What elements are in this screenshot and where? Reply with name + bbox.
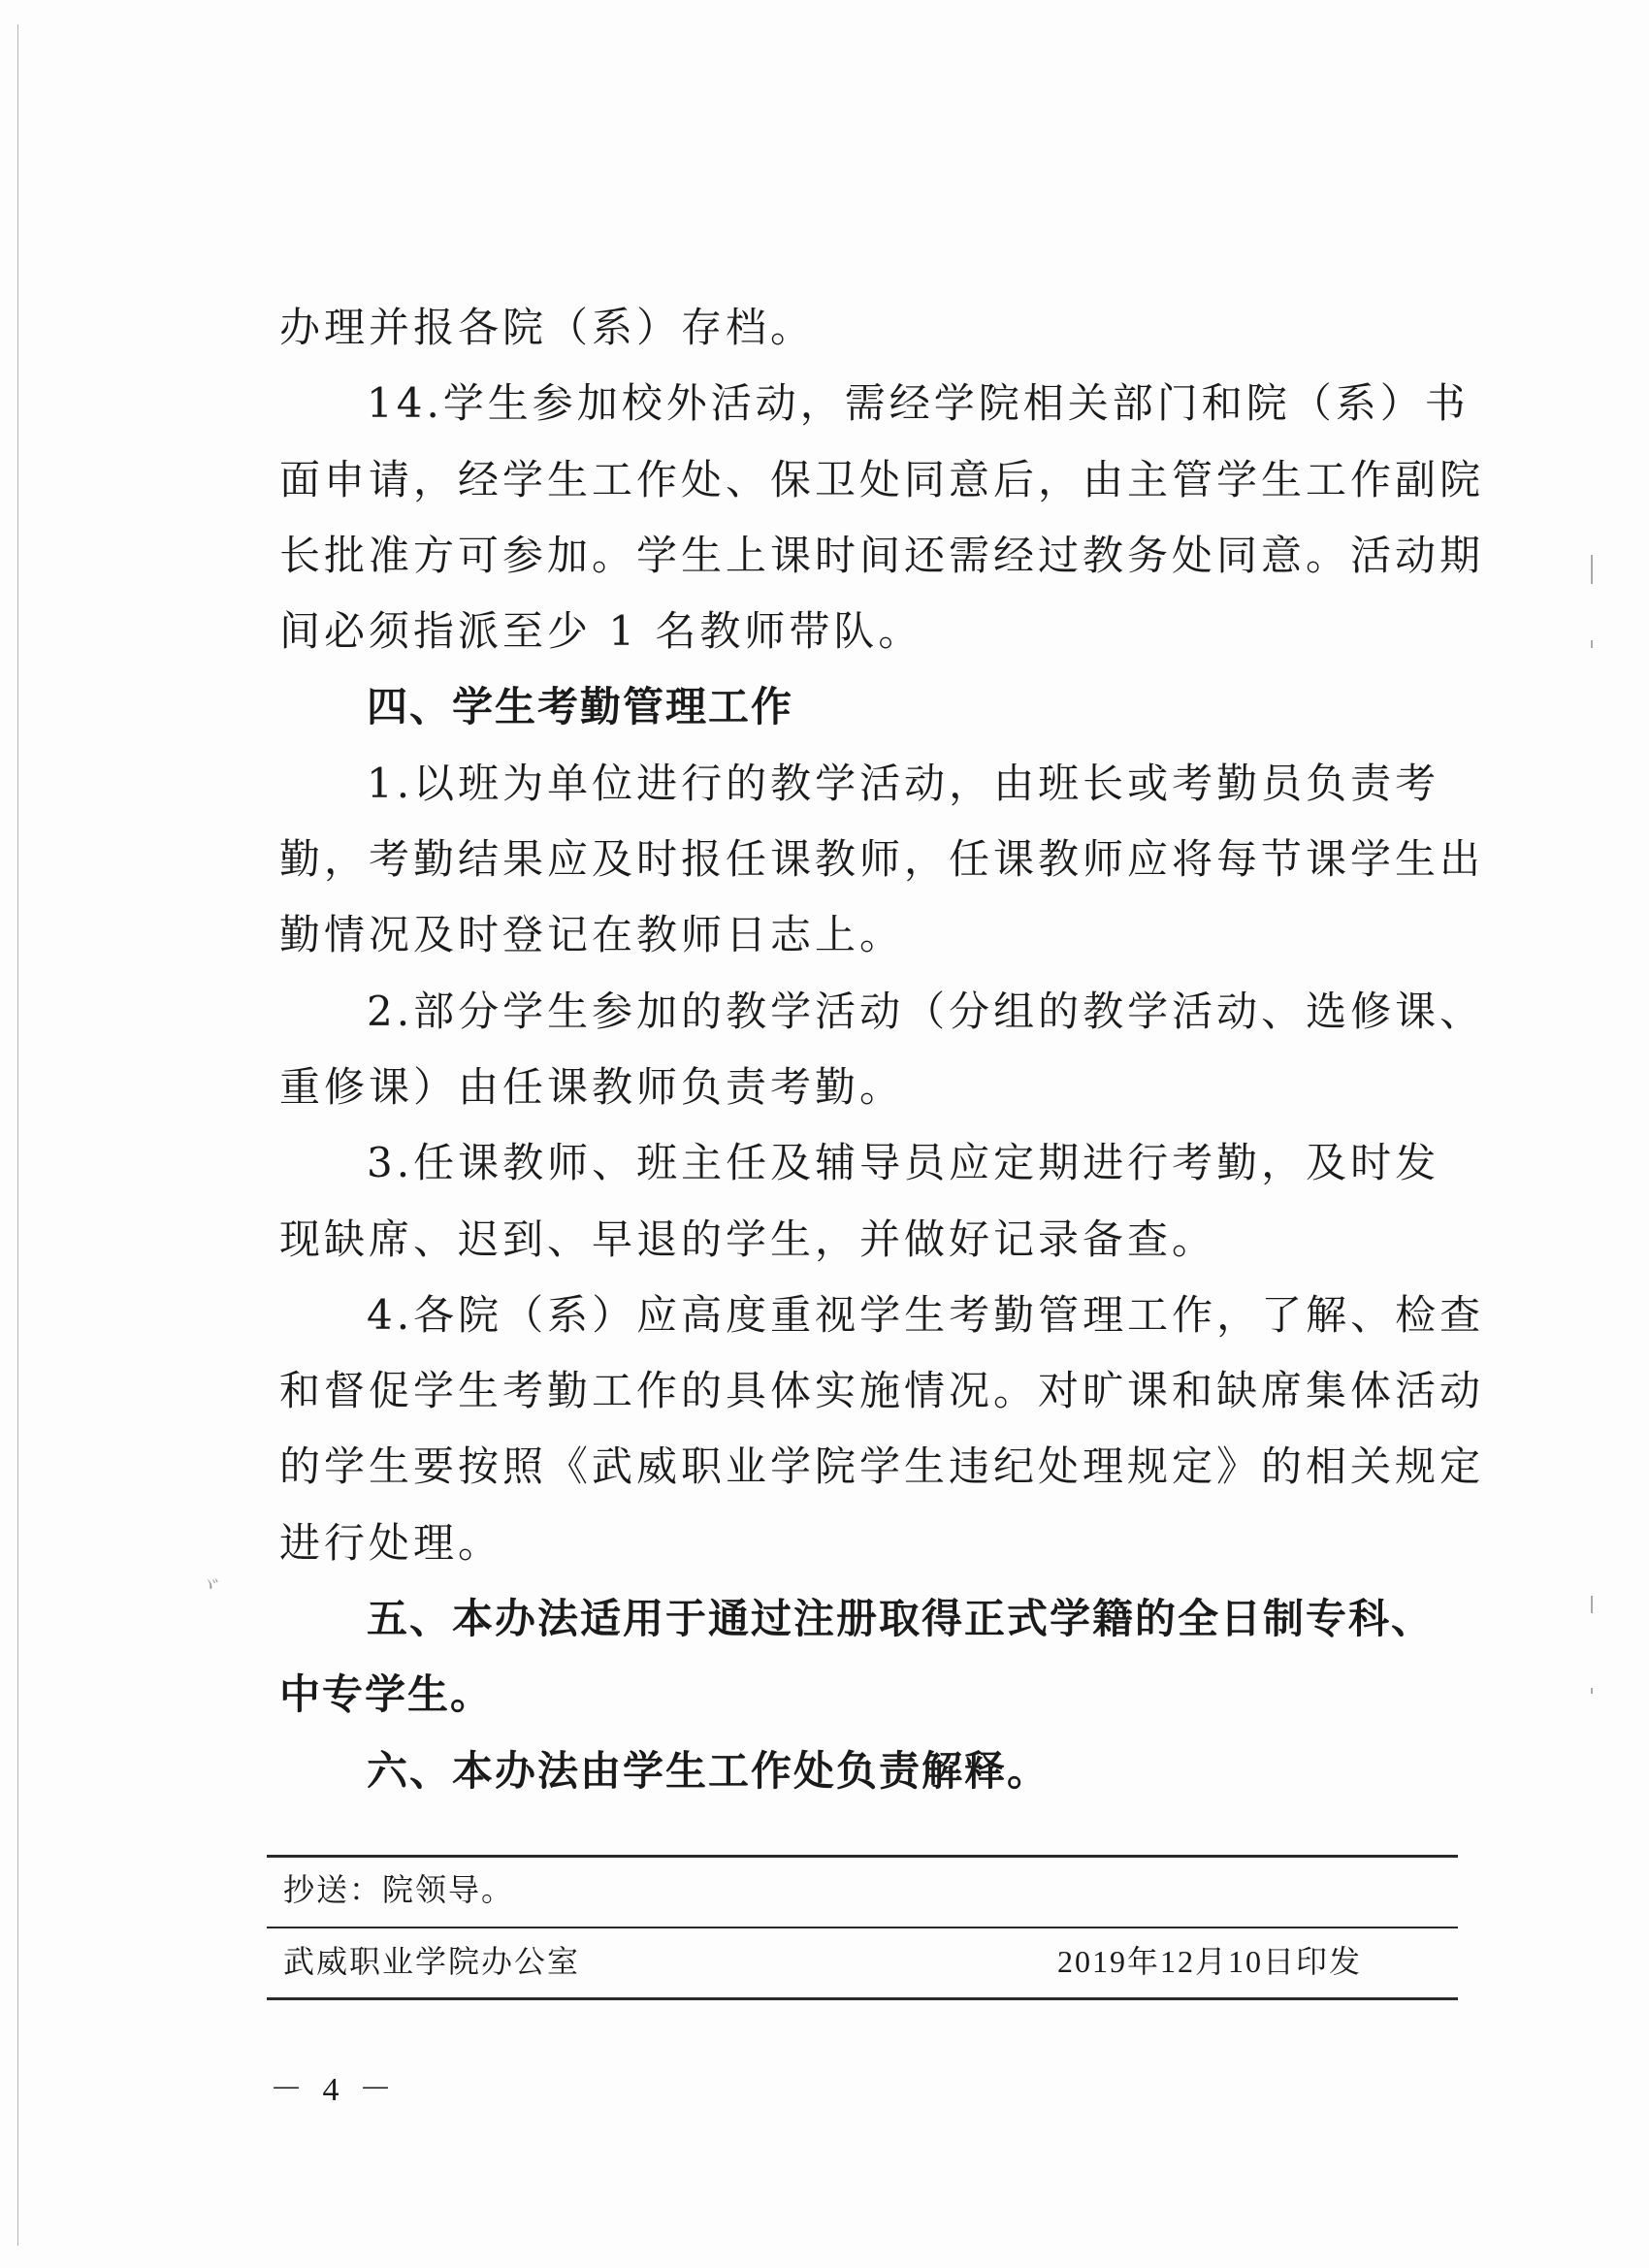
item-4: 4.各院（系）应高度重视学生考勤管理工作，了解、检查 [279,1290,1458,1366]
section-heading-5: 五、本办法适用于通过注册取得正式学籍的全日制专科、 [279,1594,1458,1669]
item-2: 2.部分学生参加的教学活动（分组的教学活动、选修课、 [279,987,1458,1062]
text-line: 的学生要按照《武威职业学院学生违纪处理规定》的相关规定 [279,1442,1458,1517]
issue-date: 2019年12月10日印发 [1057,1942,1362,1981]
footer-rule-top [267,1855,1458,1858]
text-line: 办理并报各院（系）存档。 [279,303,1458,378]
scan-speck [1591,555,1593,584]
scan-speck [1591,1596,1593,1613]
item-1: 1.以班为单位进行的教学活动，由班长或考勤员负责考 [279,759,1458,834]
document-body: 办理并报各院（系）存档。 14.学生参加校外活动，需经学院相关部门和院（系）书 … [279,303,1458,1822]
ink-smudge: ヾ [194,1566,224,1602]
text-line: 中专学生。 [279,1669,1458,1745]
text-line: 间必须指派至少 1 名教师带队。 [279,606,1458,682]
text-line: 现缺席、迟到、早退的学生，并做好记录备查。 [279,1215,1458,1290]
cc-line: 抄送：院领导。 [283,1870,514,1909]
scan-speck [1591,1688,1593,1694]
item-3: 3.任课教师、班主任及辅导员应定期进行考勤，及时发 [279,1138,1458,1214]
scan-speck [1591,640,1593,648]
text-line: 面申请，经学生工作处、保卫处同意后，由主管学生工作副院 [279,455,1458,531]
item-14: 14.学生参加校外活动，需经学院相关部门和院（系）书 [279,378,1458,454]
text-line: 进行处理。 [279,1518,1458,1594]
footer-rule-middle [267,1927,1458,1928]
text-line: 和督促学生考勤工作的具体实施情况。对旷课和缺席集体活动 [279,1366,1458,1442]
section-heading-4: 四、学生考勤管理工作 [279,682,1458,758]
page-number: － 4 － [270,2062,398,2110]
text-line: 勤，考勤结果应及时报任课教师，任课教师应将每节课学生出 [279,834,1458,910]
text-line: 勤情况及时登记在教师日志上。 [279,910,1458,986]
text-line: 长批准方可参加。学生上课时间还需经过教务处同意。活动期 [279,531,1458,606]
text-line: 重修课）由任课教师负责考勤。 [279,1062,1458,1138]
section-heading-6: 六、本办法由学生工作处负责解释。 [279,1746,1458,1822]
scan-edge-line [17,24,18,2246]
footer-rule-bottom [267,1997,1458,2000]
issuer: 武威职业学院办公室 [283,1942,580,1981]
